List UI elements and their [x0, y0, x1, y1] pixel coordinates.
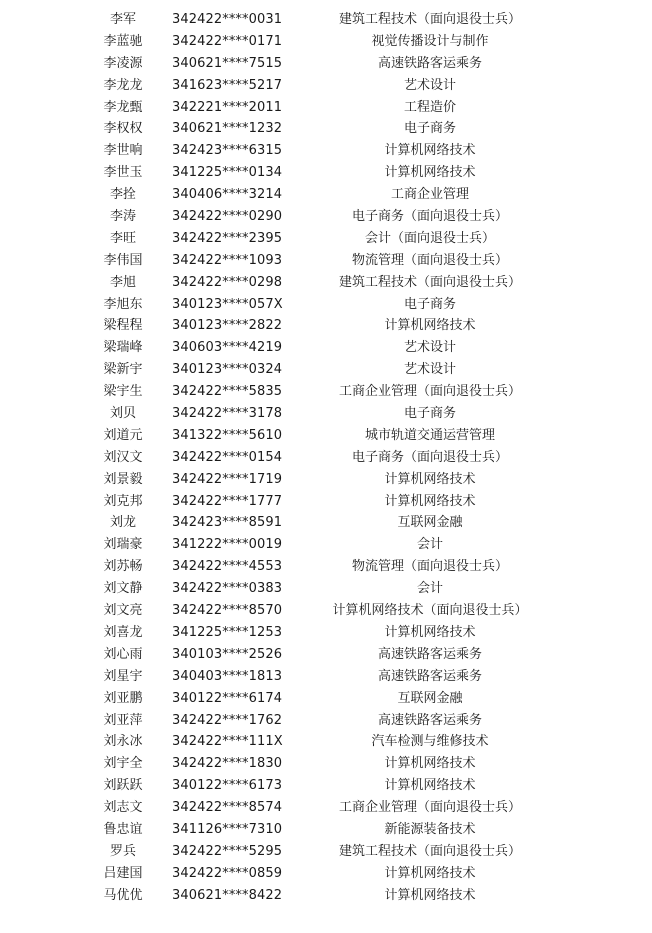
- student-name: 刘亚萍: [83, 710, 163, 732]
- major-name: 电子商务（面向退役士兵）: [300, 447, 560, 469]
- id-number: 341623****5217: [172, 75, 302, 97]
- table-row: 刘瑞豪341222****0019会计: [0, 534, 652, 556]
- student-name: 李旭东: [83, 294, 163, 316]
- table-row: 梁瑞峰340603****4219艺术设计: [0, 337, 652, 359]
- table-row: 刘苏畅342422****4553物流管理（面向退役士兵）: [0, 556, 652, 578]
- id-number: 342422****0859: [172, 863, 302, 885]
- id-number: 342221****2011: [172, 97, 302, 119]
- major-name: 新能源装备技术: [300, 819, 560, 841]
- id-number: 340122****6173: [172, 775, 302, 797]
- id-number: 342423****6315: [172, 140, 302, 162]
- student-name: 刘志文: [83, 797, 163, 819]
- table-row: 刘志文342422****8574工商企业管理（面向退役士兵）: [0, 797, 652, 819]
- id-number: 342422****8574: [172, 797, 302, 819]
- table-row: 刘亚萍342422****1762高速铁路客运乘务: [0, 710, 652, 732]
- table-row: 李拴340406****3214工商企业管理: [0, 184, 652, 206]
- id-number: 342422****5835: [172, 381, 302, 403]
- id-number: 341222****0019: [172, 534, 302, 556]
- student-name: 马优优: [83, 885, 163, 907]
- student-name: 李世玉: [83, 162, 163, 184]
- id-number: 342422****4553: [172, 556, 302, 578]
- id-number: 341225****0134: [172, 162, 302, 184]
- major-name: 计算机网络技术: [300, 140, 560, 162]
- table-row: 李蓝驰342422****0171视觉传播设计与制作: [0, 31, 652, 53]
- id-number: 340123****2822: [172, 315, 302, 337]
- major-name: 工商企业管理（面向退役士兵）: [300, 381, 560, 403]
- id-number: 342422****5295: [172, 841, 302, 863]
- id-number: 342422****1719: [172, 469, 302, 491]
- id-number: 342422****0290: [172, 206, 302, 228]
- id-number: 340123****057X: [172, 294, 302, 316]
- table-row: 李旺342422****2395会计（面向退役士兵）: [0, 228, 652, 250]
- student-name: 刘克邦: [83, 491, 163, 513]
- student-name: 李世响: [83, 140, 163, 162]
- table-row: 李世玉341225****0134计算机网络技术: [0, 162, 652, 184]
- id-number: 342422****111X: [172, 731, 302, 753]
- table-row: 刘宇全342422****1830计算机网络技术: [0, 753, 652, 775]
- major-name: 计算机网络技术: [300, 491, 560, 513]
- major-name: 电子商务: [300, 294, 560, 316]
- id-number: 342422****1777: [172, 491, 302, 513]
- major-name: 建筑工程技术（面向退役士兵）: [300, 841, 560, 863]
- student-name: 刘亚鹏: [83, 688, 163, 710]
- student-name: 刘永冰: [83, 731, 163, 753]
- major-name: 高速铁路客运乘务: [300, 644, 560, 666]
- student-name: 梁瑞峰: [83, 337, 163, 359]
- student-name: 鲁忠谊: [83, 819, 163, 841]
- student-name: 刘汉文: [83, 447, 163, 469]
- student-name: 李旭: [83, 272, 163, 294]
- table-row: 梁宇生342422****5835工商企业管理（面向退役士兵）: [0, 381, 652, 403]
- student-name: 刘龙: [83, 512, 163, 534]
- table-row: 刘跃跃340122****6173计算机网络技术: [0, 775, 652, 797]
- table-row: 李伟国342422****1093物流管理（面向退役士兵）: [0, 250, 652, 272]
- major-name: 工程造价: [300, 97, 560, 119]
- major-name: 电子商务（面向退役士兵）: [300, 206, 560, 228]
- major-name: 高速铁路客运乘务: [300, 710, 560, 732]
- major-name: 物流管理（面向退役士兵）: [300, 556, 560, 578]
- major-name: 高速铁路客运乘务: [300, 666, 560, 688]
- table-row: 李龙龙341623****5217艺术设计: [0, 75, 652, 97]
- major-name: 视觉传播设计与制作: [300, 31, 560, 53]
- major-name: 物流管理（面向退役士兵）: [300, 250, 560, 272]
- major-name: 艺术设计: [300, 75, 560, 97]
- id-number: 342422****8570: [172, 600, 302, 622]
- major-name: 会计（面向退役士兵）: [300, 228, 560, 250]
- table-row: 刘龙342423****8591互联网金融: [0, 512, 652, 534]
- table-row: 刘道元341322****5610城市轨道交通运营管理: [0, 425, 652, 447]
- major-name: 互联网金融: [300, 688, 560, 710]
- major-name: 电子商务: [300, 403, 560, 425]
- id-number: 342422****1762: [172, 710, 302, 732]
- table-row: 李旭东340123****057X电子商务: [0, 294, 652, 316]
- major-name: 计算机网络技术: [300, 315, 560, 337]
- table-row: 刘永冰342422****111X汽车检测与维修技术: [0, 731, 652, 753]
- major-name: 计算机网络技术: [300, 885, 560, 907]
- student-name: 李伟国: [83, 250, 163, 272]
- id-number: 342422****0298: [172, 272, 302, 294]
- student-name: 李龙甄: [83, 97, 163, 119]
- table-row: 马优优340621****8422计算机网络技术: [0, 885, 652, 907]
- table-row: 吕建国342422****0859计算机网络技术: [0, 863, 652, 885]
- table-row: 李世响342423****6315计算机网络技术: [0, 140, 652, 162]
- student-name: 李龙龙: [83, 75, 163, 97]
- major-name: 计算机网络技术: [300, 622, 560, 644]
- major-name: 计算机网络技术: [300, 775, 560, 797]
- major-name: 互联网金融: [300, 512, 560, 534]
- student-name: 李凌源: [83, 53, 163, 75]
- student-name: 梁新宇: [83, 359, 163, 381]
- table-row: 刘亚鹏340122****6174互联网金融: [0, 688, 652, 710]
- id-number: 340122****6174: [172, 688, 302, 710]
- id-number: 342422****0171: [172, 31, 302, 53]
- table-row: 刘喜龙341225****1253计算机网络技术: [0, 622, 652, 644]
- student-list-table: 李军342422****0031建筑工程技术（面向退役士兵）李蓝驰342422*…: [0, 9, 652, 907]
- table-row: 刘景毅342422****1719计算机网络技术: [0, 469, 652, 491]
- student-name: 刘宇全: [83, 753, 163, 775]
- student-name: 刘文静: [83, 578, 163, 600]
- table-row: 梁程程340123****2822计算机网络技术: [0, 315, 652, 337]
- id-number: 340621****1232: [172, 118, 302, 140]
- major-name: 计算机网络技术: [300, 162, 560, 184]
- major-name: 建筑工程技术（面向退役士兵）: [300, 272, 560, 294]
- major-name: 建筑工程技术（面向退役士兵）: [300, 9, 560, 31]
- id-number: 340406****3214: [172, 184, 302, 206]
- student-name: 李蓝驰: [83, 31, 163, 53]
- student-name: 李旺: [83, 228, 163, 250]
- major-name: 计算机网络技术: [300, 753, 560, 775]
- student-name: 刘星宇: [83, 666, 163, 688]
- major-name: 会计: [300, 578, 560, 600]
- student-name: 罗兵: [83, 841, 163, 863]
- student-name: 刘道元: [83, 425, 163, 447]
- id-number: 340403****1813: [172, 666, 302, 688]
- student-name: 刘跃跃: [83, 775, 163, 797]
- id-number: 340123****0324: [172, 359, 302, 381]
- student-name: 李涛: [83, 206, 163, 228]
- major-name: 工商企业管理: [300, 184, 560, 206]
- table-row: 李权权340621****1232电子商务: [0, 118, 652, 140]
- table-row: 李凌源340621****7515高速铁路客运乘务: [0, 53, 652, 75]
- id-number: 340621****8422: [172, 885, 302, 907]
- major-name: 计算机网络技术: [300, 863, 560, 885]
- student-name: 李权权: [83, 118, 163, 140]
- major-name: 会计: [300, 534, 560, 556]
- id-number: 342422****2395: [172, 228, 302, 250]
- major-name: 艺术设计: [300, 337, 560, 359]
- table-row: 刘文静342422****0383会计: [0, 578, 652, 600]
- table-row: 李龙甄342221****2011工程造价: [0, 97, 652, 119]
- table-row: 刘克邦342422****1777计算机网络技术: [0, 491, 652, 513]
- student-name: 李拴: [83, 184, 163, 206]
- id-number: 340103****2526: [172, 644, 302, 666]
- table-row: 梁新宇340123****0324艺术设计: [0, 359, 652, 381]
- id-number: 342422****3178: [172, 403, 302, 425]
- major-name: 电子商务: [300, 118, 560, 140]
- major-name: 艺术设计: [300, 359, 560, 381]
- id-number: 342422****1830: [172, 753, 302, 775]
- major-name: 汽车检测与维修技术: [300, 731, 560, 753]
- id-number: 341225****1253: [172, 622, 302, 644]
- table-row: 李军342422****0031建筑工程技术（面向退役士兵）: [0, 9, 652, 31]
- id-number: 342422****0154: [172, 447, 302, 469]
- major-name: 工商企业管理（面向退役士兵）: [300, 797, 560, 819]
- id-number: 341126****7310: [172, 819, 302, 841]
- student-name: 梁程程: [83, 315, 163, 337]
- id-number: 340621****7515: [172, 53, 302, 75]
- table-row: 罗兵342422****5295建筑工程技术（面向退役士兵）: [0, 841, 652, 863]
- student-name: 刘心雨: [83, 644, 163, 666]
- student-name: 梁宇生: [83, 381, 163, 403]
- table-row: 刘汉文342422****0154电子商务（面向退役士兵）: [0, 447, 652, 469]
- student-name: 刘贝: [83, 403, 163, 425]
- id-number: 342422****1093: [172, 250, 302, 272]
- table-row: 刘心雨340103****2526高速铁路客运乘务: [0, 644, 652, 666]
- major-name: 高速铁路客运乘务: [300, 53, 560, 75]
- id-number: 342423****8591: [172, 512, 302, 534]
- student-name: 刘文亮: [83, 600, 163, 622]
- table-row: 刘文亮342422****8570计算机网络技术（面向退役士兵）: [0, 600, 652, 622]
- student-name: 刘苏畅: [83, 556, 163, 578]
- table-row: 刘星宇340403****1813高速铁路客运乘务: [0, 666, 652, 688]
- student-name: 李军: [83, 9, 163, 31]
- table-row: 鲁忠谊341126****7310新能源装备技术: [0, 819, 652, 841]
- major-name: 计算机网络技术: [300, 469, 560, 491]
- table-row: 李涛342422****0290电子商务（面向退役士兵）: [0, 206, 652, 228]
- id-number: 342422****0383: [172, 578, 302, 600]
- student-name: 刘喜龙: [83, 622, 163, 644]
- table-row: 刘贝342422****3178电子商务: [0, 403, 652, 425]
- major-name: 城市轨道交通运营管理: [300, 425, 560, 447]
- student-name: 刘景毅: [83, 469, 163, 491]
- id-number: 342422****0031: [172, 9, 302, 31]
- major-name: 计算机网络技术（面向退役士兵）: [300, 600, 560, 622]
- student-name: 吕建国: [83, 863, 163, 885]
- table-row: 李旭342422****0298建筑工程技术（面向退役士兵）: [0, 272, 652, 294]
- id-number: 341322****5610: [172, 425, 302, 447]
- student-name: 刘瑞豪: [83, 534, 163, 556]
- id-number: 340603****4219: [172, 337, 302, 359]
